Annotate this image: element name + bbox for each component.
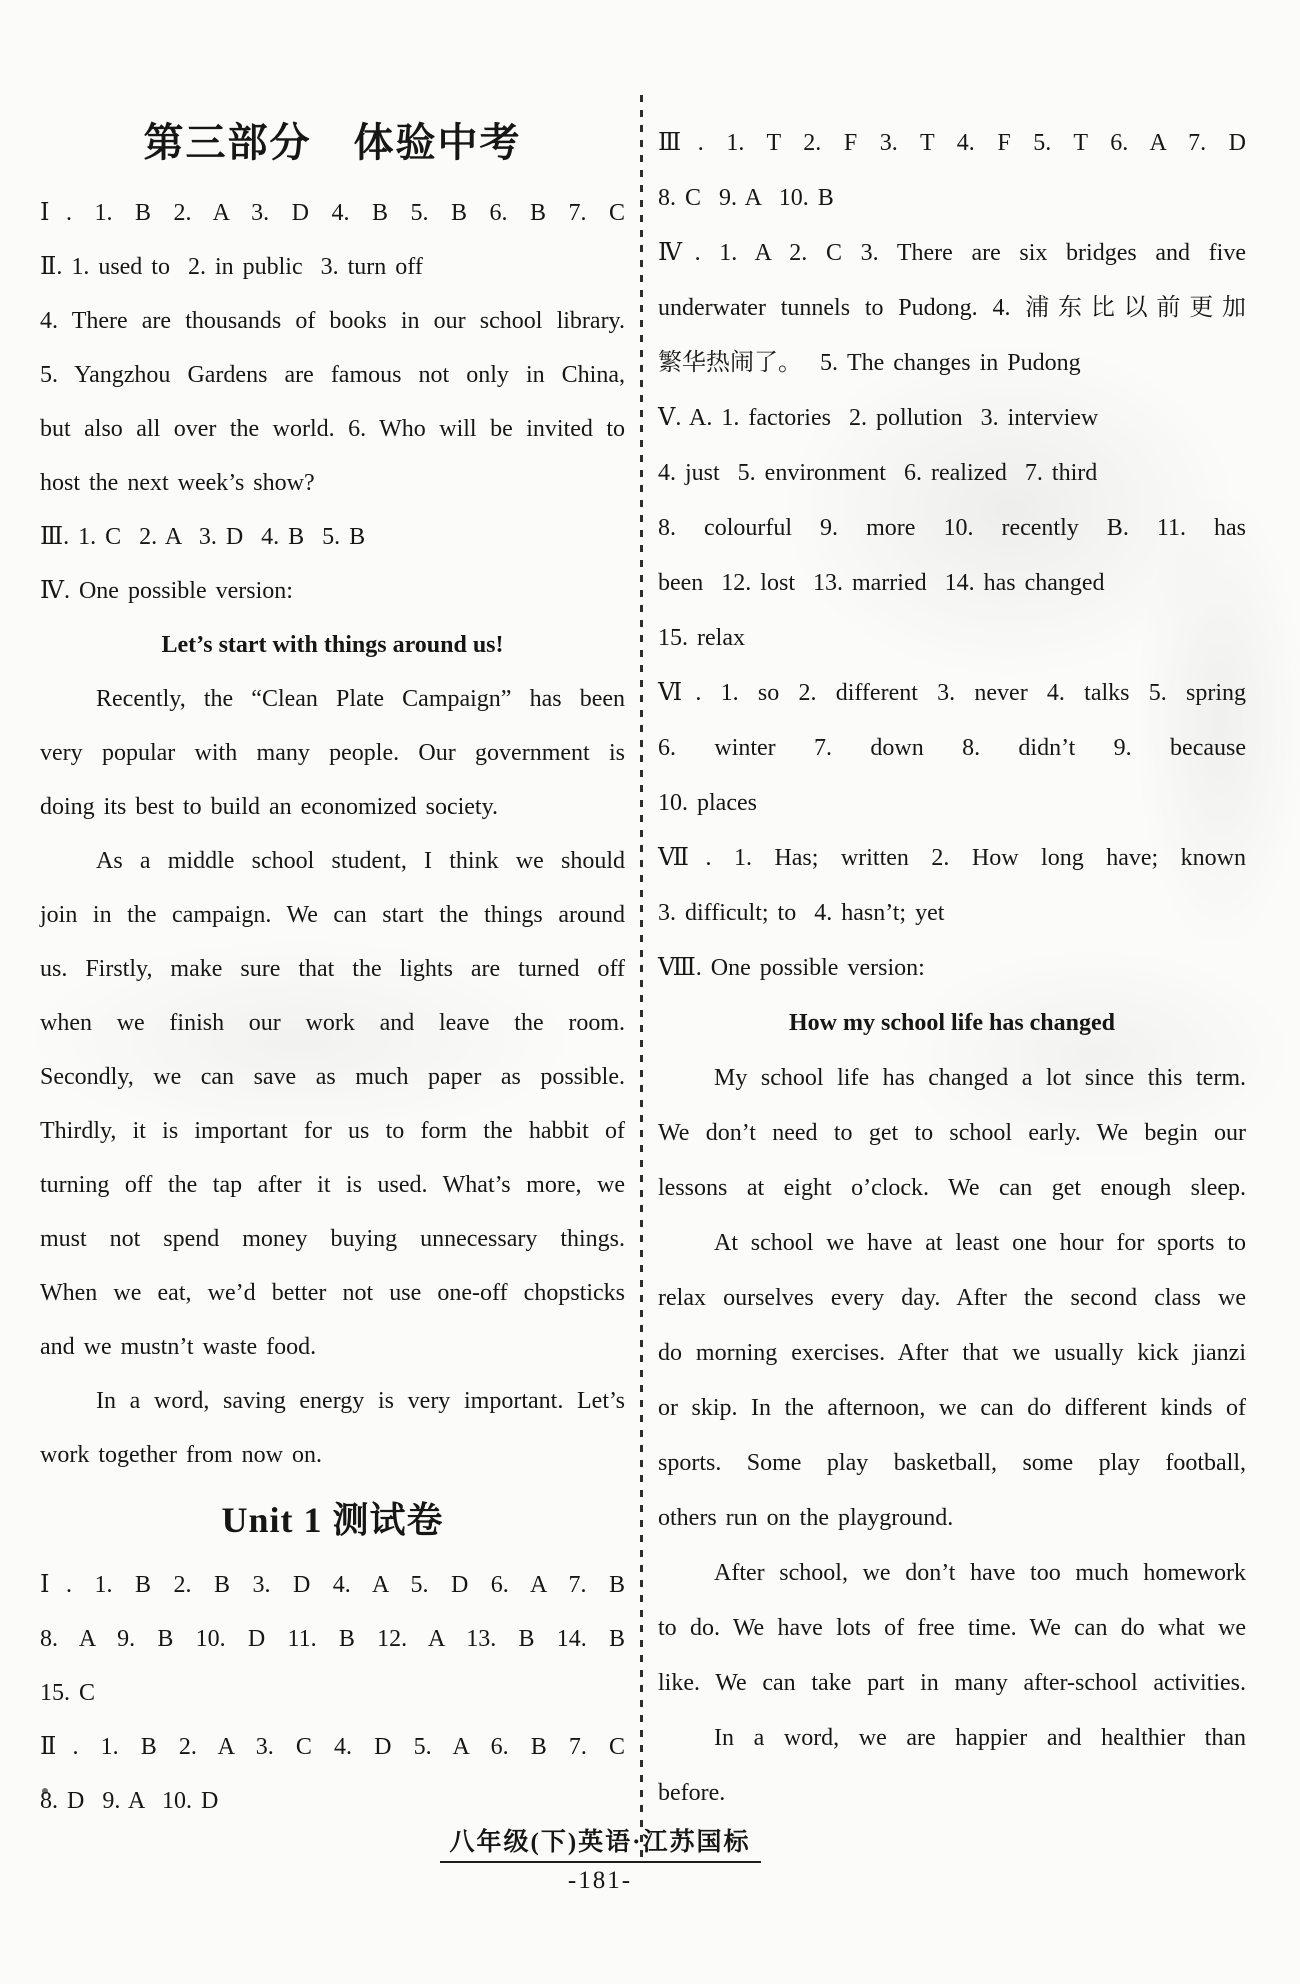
- part-heading: 第三部分 体验中考: [40, 100, 625, 186]
- text-line: After school, we don’t have too much hom…: [658, 1546, 1246, 1601]
- text-line: Ⅱ. 1. used to 2. in public 3. turn off: [40, 240, 625, 294]
- text-line: Ⅲ. 1. T 2. F 3. T 4. F 5. T 6. A 7. D: [658, 116, 1246, 171]
- text-line: Ⅷ. One possible version:: [658, 941, 1246, 996]
- essay-title: How my school life has changed: [658, 996, 1246, 1051]
- right-column: Ⅲ. 1. T 2. F 3. T 4. F 5. T 6. A 7. D8. …: [658, 116, 1246, 1821]
- text-line: 15. C: [40, 1666, 625, 1720]
- text-line: When we eat, we’d better not use one-off…: [40, 1266, 625, 1320]
- essay-title: Let’s start with things around us!: [40, 618, 625, 672]
- text-line: 8. colourful 9. more 10. recently B. 11.…: [658, 501, 1246, 556]
- text-line: Ⅲ. 1. C 2. A 3. D 4. B 5. B: [40, 510, 625, 564]
- text-line: Ⅶ. 1. Has; written 2. How long have; kno…: [658, 831, 1246, 886]
- text-line: 8. A 9. B 10. D 11. B 12. A 13. B 14. B: [40, 1612, 625, 1666]
- footer-book-label: 八年级(下)英语·江苏国标: [440, 1822, 761, 1863]
- text-line: us. Firstly, make sure that the lights a…: [40, 942, 625, 996]
- text-line: join in the campaign. We can start the t…: [40, 888, 625, 942]
- text-line: very popular with many people. Our gover…: [40, 726, 625, 780]
- text-line: At school we have at least one hour for …: [658, 1216, 1246, 1271]
- text-line: sports. Some play basketball, some play …: [658, 1436, 1246, 1491]
- text-line: Secondly, we can save as much paper as p…: [40, 1050, 625, 1104]
- left-column: 第三部分 体验中考 Ⅰ. 1. B 2. A 3. D 4. B 5. B 6.…: [40, 100, 625, 1828]
- text-line: Recently, the “Clean Plate Campaign” has…: [40, 672, 625, 726]
- text-line: doing its best to build an economized so…: [40, 780, 625, 834]
- text-line: relax ourselves every day. After the sec…: [658, 1271, 1246, 1326]
- text-line: been 12. lost 13. married 14. has change…: [658, 556, 1246, 611]
- text-line: Ⅱ. 1. B 2. A 3. C 4. D 5. A 6. B 7. C: [40, 1720, 625, 1774]
- text-line: when we finish our work and leave the ro…: [40, 996, 625, 1050]
- text-line: As a middle school student, I think we s…: [40, 834, 625, 888]
- text-line: 5. Yangzhou Gardens are famous not only …: [40, 348, 625, 402]
- text-line: or skip. In the afternoon, we can do dif…: [658, 1381, 1246, 1436]
- text-line: 3. difficult; to 4. hasn’t; yet: [658, 886, 1246, 941]
- text-line: host the next week’s show?: [40, 456, 625, 510]
- text-line: to do. We have lots of free time. We can…: [658, 1601, 1246, 1656]
- text-line: Thirdly, it is important for us to form …: [40, 1104, 625, 1158]
- text-line: Ⅰ. 1. B 2. A 3. D 4. B 5. B 6. B 7. C: [40, 186, 625, 240]
- text-line: others run on the playground.: [658, 1491, 1246, 1546]
- text-line: In a word, saving energy is very importa…: [40, 1374, 625, 1428]
- text-line: 8. C 9. A 10. B: [658, 171, 1246, 226]
- text-line: In a word, we are happier and healthier …: [658, 1711, 1246, 1766]
- text-line: 10. places: [658, 776, 1246, 831]
- text-line: and we mustn’t waste food.: [40, 1320, 625, 1374]
- text-line: Ⅴ. A. 1. factories 2. pollution 3. inter…: [658, 391, 1246, 446]
- text-line: but also all over the world. 6. Who will…: [40, 402, 625, 456]
- text-line: before.: [658, 1766, 1246, 1821]
- footer: 八年级(下)英语·江苏国标 -181-: [0, 1822, 1200, 1898]
- page-number: -181-: [0, 1864, 1200, 1898]
- text-line: do morning exercises. After that we usua…: [658, 1326, 1246, 1381]
- page: { "header": { "part_title": "第三部分 体验中考" …: [0, 0, 1300, 1984]
- text-line: 8. D 9. A 10. D: [40, 1774, 625, 1828]
- text-line: must not spend money buying unnecessary …: [40, 1212, 625, 1266]
- text-line: work together from now on.: [40, 1428, 625, 1482]
- text-line: turning off the tap after it is used. Wh…: [40, 1158, 625, 1212]
- column-divider: [640, 95, 643, 1860]
- text-line: Ⅳ. 1. A 2. C 3. There are six bridges an…: [658, 226, 1246, 281]
- text-line: 4. just 5. environment 6. realized 7. th…: [658, 446, 1246, 501]
- text-line: like. We can take part in many after-sch…: [658, 1656, 1246, 1711]
- text-line: My school life has changed a lot since t…: [658, 1051, 1246, 1106]
- text-line: 6. winter 7. down 8. didn’t 9. because: [658, 721, 1246, 776]
- text-line: Ⅳ. One possible version:: [40, 564, 625, 618]
- text-line: Ⅰ. 1. B 2. B 3. D 4. A 5. D 6. A 7. B: [40, 1558, 625, 1612]
- text-line: We don’t need to get to school early. We…: [658, 1106, 1246, 1161]
- text-line: 繁华热闹了。 5. The changes in Pudong: [658, 336, 1246, 391]
- text-line: 4. There are thousands of books in our s…: [40, 294, 625, 348]
- text-line: lessons at eight o’clock. We can get eno…: [658, 1161, 1246, 1216]
- text-line: 15. relax: [658, 611, 1246, 666]
- text-line: underwater tunnels to Pudong. 4. 浦东比以前更加: [658, 281, 1246, 336]
- unit-heading: Unit 1 测试卷: [40, 1482, 625, 1558]
- text-line: Ⅵ. 1. so 2. different 3. never 4. talks …: [658, 666, 1246, 721]
